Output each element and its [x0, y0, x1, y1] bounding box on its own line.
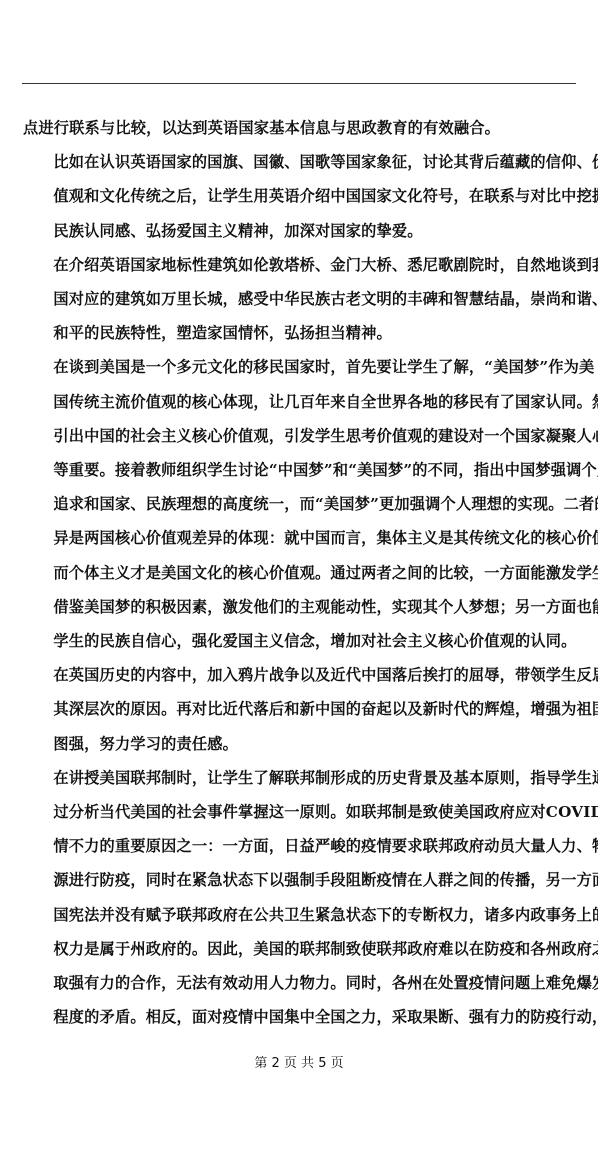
text-line: 其深层次的原因。再对比近代落后和新中国的奋起以及新时代的辉煌，增强为祖国奋发	[23, 692, 576, 726]
text-line: 在介绍英语国家地标性建筑如伦敦塔桥、金门大桥、悉尼歌剧院时，自然地谈到我	[23, 248, 576, 282]
text-line: 而个体主义才是美国文化的核心价值观。通过两者之间的比较，一方面能激发学生辩证	[23, 556, 576, 590]
text-line: 国宪法并没有赋予联邦政府在公共卫生紧急状态下的专断权力，诸多内政事务上的紧急	[23, 898, 576, 932]
document-body: 点进行联系与比较，以达到英语国家基本信息与思政教育的有效融合。比如在认识英语国家…	[23, 111, 576, 1034]
paragraph: 点进行联系与比较，以达到英语国家基本信息与思政教育的有效融合。	[23, 111, 576, 145]
text-line: 在讲授美国联邦制时，让学生了解联邦制形成的历史背景及基本原则，指导学生通	[23, 761, 576, 795]
text-line: 引出中国的社会主义核心价值观，引发学生思考价值观的建设对一个国家凝聚人心是何	[23, 419, 576, 453]
text-line: 在谈到美国是一个多元文化的移民国家时，首先要让学生了解，“美国梦”作为美	[23, 350, 576, 384]
text-line: 国传统主流价值观的核心体现，让几百年来自全世界各地的移民有了国家认同。然后再	[23, 385, 576, 419]
page-number-footer: 第 2 页 共 5 页	[0, 1052, 598, 1071]
text-line: 在英国历史的内容中，加入鸦片战争以及近代中国落后挨打的屈辱，带领学生反思	[23, 658, 576, 692]
text-line: 借鉴美国梦的积极因素，激发他们的主观能动性，实现其个人梦想；另一方面也能增强	[23, 590, 576, 624]
paragraph: 比如在认识英语国家的国旗、国徽、国歌等国家象征，讨论其背后蕴藏的信仰、价值观和文…	[23, 145, 576, 248]
text-line: 民族认同感、弘扬爱国主义精神，加深对国家的挚爱。	[23, 214, 576, 248]
text-line: 等重要。接着教师组织学生讨论“中国梦”和“美国梦”的不同，指出中国梦强调个人	[23, 453, 576, 487]
paragraph: 在英国历史的内容中，加入鸦片战争以及近代中国落后挨打的屈辱，带领学生反思其深层次…	[23, 658, 576, 761]
text-line: 值观和文化传统之后，让学生用英语介绍中国国家文化符号，在联系与对比中挖掘中华	[23, 179, 576, 213]
text-line: 追求和国家、民族理想的高度统一，而“美国梦”更加强调个人理想的实现。二者的差	[23, 487, 576, 521]
text-line: 程度的矛盾。相反，面对疫情中国集中全国之力，采取果断、强有力的防疫行动，实施	[23, 1000, 576, 1034]
text-line: 取强有力的合作，无法有效动用人力物力。同时，各州在处置疫情问题上难免爆发一定	[23, 966, 576, 1000]
header-rule	[22, 83, 576, 84]
text-line: 过分析当代美国的社会事件掌握这一原则。如联邦制是致使美国政府应对COVID-19…	[23, 795, 576, 829]
text-line: 国对应的建筑如万里长城，感受中华民族古老文明的丰碑和智慧结晶，崇尚和谐、爱好	[23, 282, 576, 316]
paragraph: 在谈到美国是一个多元文化的移民国家时，首先要让学生了解，“美国梦”作为美国传统主…	[23, 350, 576, 658]
text-line: 学生的民族自信心，强化爱国主义信念，增加对社会主义核心价值观的认同。	[23, 624, 576, 658]
text-line: 图强，努力学习的责任感。	[23, 727, 576, 761]
text-line: 情不力的重要原因之一：一方面，日益严峻的疫情要求联邦政府动员大量人力、物力资	[23, 829, 576, 863]
paragraph: 在介绍英语国家地标性建筑如伦敦塔桥、金门大桥、悉尼歌剧院时，自然地谈到我国对应的…	[23, 248, 576, 351]
text-line: 异是两国核心价值观差异的体现：就中国而言，集体主义是其传统文化的核心价值观；	[23, 521, 576, 555]
text-line: 点进行联系与比较，以达到英语国家基本信息与思政教育的有效融合。	[23, 111, 576, 145]
text-line: 源进行防疫，同时在紧急状态下以强制手段阻断疫情在人群之间的传播，另一方面，美	[23, 863, 576, 897]
text-line: 和平的民族特性，塑造家国情怀，弘扬担当精神。	[23, 316, 576, 350]
text-line: 权力是属于州政府的。因此，美国的联邦制致使联邦政府难以在防疫和各州政府之间采	[23, 932, 576, 966]
paragraph: 在讲授美国联邦制时，让学生了解联邦制形成的历史背景及基本原则，指导学生通过分析当…	[23, 761, 576, 1035]
text-line: 比如在认识英语国家的国旗、国徽、国歌等国家象征，讨论其背后蕴藏的信仰、价	[23, 145, 576, 179]
